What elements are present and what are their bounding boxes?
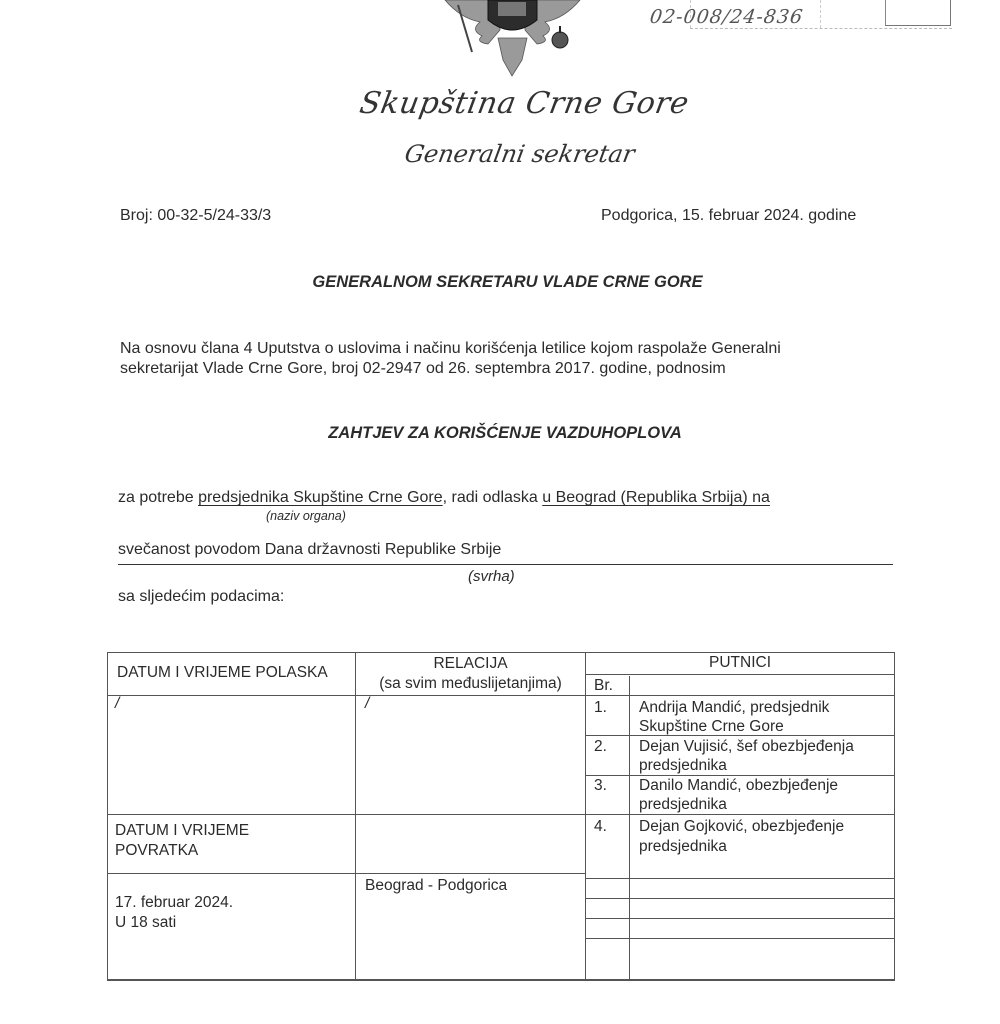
place-and-date: Podgorica, 15. februar 2024. godine bbox=[601, 207, 856, 225]
return-time: U 18 sati bbox=[115, 913, 176, 933]
header-passengers: PUTNICI bbox=[586, 653, 894, 673]
office-name: Generalni sekretar bbox=[403, 140, 637, 168]
passenger-4-number: 4. bbox=[594, 817, 607, 837]
departure-route: / bbox=[365, 694, 369, 714]
return-label-line2: POVRATKA bbox=[115, 841, 198, 861]
purpose-underline bbox=[118, 564, 893, 565]
header-departure: DATUM I VRIJEME POLASKA bbox=[117, 663, 328, 683]
passenger-1-line2: Skupštine Crne Gore bbox=[639, 717, 784, 737]
header-route: RELACIJA bbox=[356, 654, 585, 674]
return-date: 17. februar 2024. bbox=[115, 893, 233, 913]
passenger-3-line1: Danilo Mandić, obezbjeđenje bbox=[639, 776, 838, 796]
departure-value: / bbox=[115, 694, 119, 714]
coat-of-arms-icon bbox=[440, 0, 585, 78]
requesting-organ: predsjednika Skupštine Crne Gore bbox=[198, 489, 443, 506]
return-label-line1: DATUM I VRIJEME bbox=[115, 821, 249, 841]
header-route-sub: (sa svim međuslijetanjima) bbox=[356, 674, 585, 694]
intro-paragraph-line-2: sekretarijat Vlade Crne Gore, broj 02-29… bbox=[120, 360, 726, 378]
passenger-4-line2: predsjednika bbox=[639, 837, 727, 857]
passenger-3-line2: predsjednika bbox=[639, 795, 727, 815]
purpose-caption: (svrha) bbox=[468, 568, 515, 585]
intro-paragraph-line-1: Na osnovu člana 4 Uputstva o uslovima i … bbox=[120, 340, 781, 358]
institution-name: Skupština Crne Gore bbox=[357, 86, 692, 121]
purpose-prefix: za potrebe bbox=[118, 489, 198, 506]
purpose-text: svečanost povodom Dana državnosti Republ… bbox=[118, 541, 501, 559]
header-number: Br. bbox=[594, 676, 613, 696]
return-route: Beograd - Podgorica bbox=[365, 876, 507, 896]
passenger-2-line1: Dejan Vujisić, šef obezbjeđenja bbox=[639, 737, 854, 757]
request-title: ZAHTJEV ZA KORIŠĆENJE VAZDUHOPLOVA bbox=[0, 424, 1000, 443]
passenger-2-line2: predsjednika bbox=[639, 756, 727, 776]
addressee: GENERALNOM SEKRETARU VLADE CRNE GORE bbox=[0, 273, 1000, 292]
destination: u Beograd (Republika Srbija) na bbox=[542, 489, 770, 506]
passenger-1-line1: Andrija Mandić, predsjednik bbox=[639, 698, 829, 718]
handwritten-registry-number: 02-008/24-836 bbox=[648, 6, 804, 28]
reference-number: Broj: 00-32-5/24-33/3 bbox=[120, 207, 271, 225]
passenger-4-line1: Dejan Gojković, obezbjeđenje bbox=[639, 817, 844, 837]
passenger-1-number: 1. bbox=[594, 698, 607, 718]
passenger-2-number: 2. bbox=[594, 737, 607, 757]
purpose-line: za potrebe predsjednika Skupštine Crne G… bbox=[118, 489, 770, 507]
purpose-middle: , radi odlaska bbox=[443, 489, 543, 506]
organ-caption: (naziv organa) bbox=[266, 509, 346, 523]
passenger-3-number: 3. bbox=[594, 776, 607, 796]
data-intro: sa sljedećim podacima: bbox=[118, 588, 284, 606]
trip-details-table: DATUM I VRIJEME POLASKA RELACIJA (sa svi… bbox=[107, 652, 895, 980]
